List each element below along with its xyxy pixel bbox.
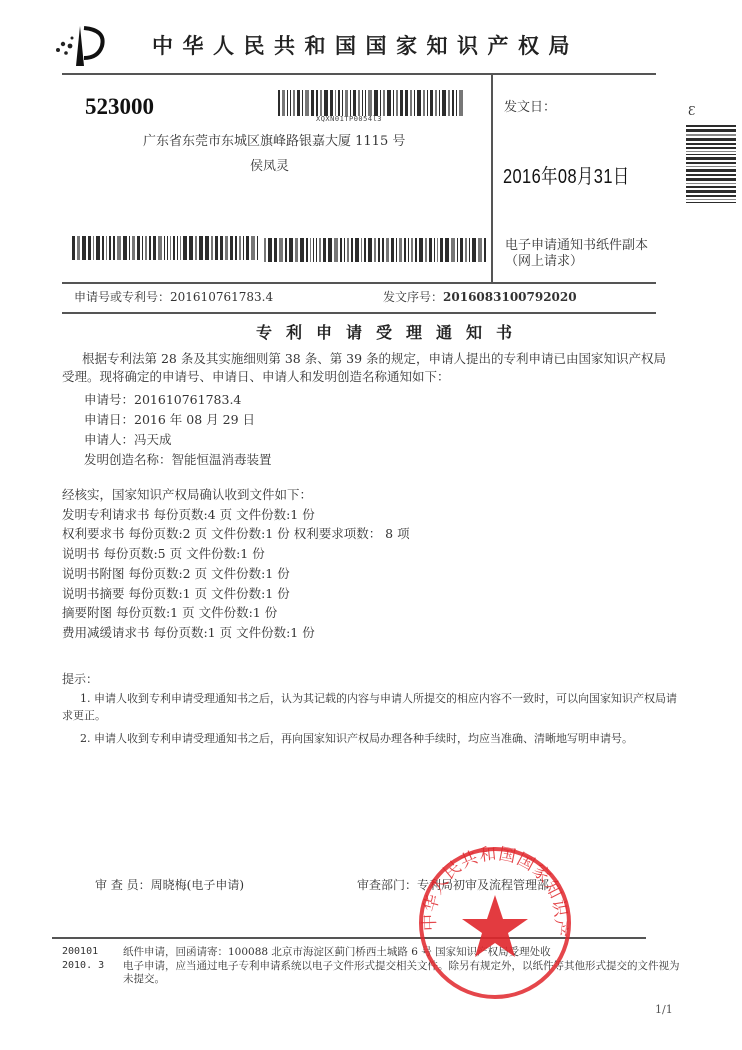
barcode-left bbox=[72, 236, 260, 260]
document-item: 摘要附图 每份页数:1 页 文件份数:1 份 bbox=[62, 603, 410, 623]
examiner-line: 审 查 员：周晓梅(电子申请) bbox=[95, 876, 244, 893]
recipient-name: 侯凤灵 bbox=[250, 155, 289, 174]
form-code: 200101 bbox=[62, 946, 98, 957]
serial-line: 发文序号：2016083100792020 bbox=[383, 288, 577, 305]
serial-number: 2016083100792020 bbox=[443, 290, 577, 304]
documents-heading: 经核实，国家知识产权局确认收到文件如下： bbox=[62, 485, 410, 505]
official-seal-icon: 中华人民共和国国家知识产权局 bbox=[415, 843, 575, 1003]
page-number: 1/1 bbox=[655, 1003, 673, 1016]
application-number-label: 申请号或专利号： bbox=[74, 290, 170, 304]
issue-date: 2016年08月31日 bbox=[503, 160, 630, 189]
document-item: 权利要求书 每份页数:2 页 文件份数:1 份 权利要求项数： 8 项 bbox=[62, 524, 410, 544]
document-item: 说明书摘要 每份页数:1 页 文件份数:1 份 bbox=[62, 584, 410, 604]
document-item: 说明书 每份页数:5 页 文件份数:1 份 bbox=[62, 544, 410, 564]
document-title: 专利申请受理通知书 bbox=[0, 320, 742, 343]
serial-label: 发文序号： bbox=[383, 290, 443, 304]
application-number-line: 申请号或专利号：201610761783.4 bbox=[74, 288, 273, 305]
form-version: 2010. 3 bbox=[62, 960, 104, 971]
field-applicant: 申请人：冯天成 bbox=[84, 430, 172, 448]
footer-paper-note: 纸件申请，回函请寄：100088 北京市海淀区蓟门桥西土城路 6 号 国家知识产… bbox=[123, 946, 683, 959]
postal-code: 523000 bbox=[85, 94, 154, 120]
side-barcode bbox=[686, 125, 736, 207]
document-item: 费用减缓请求书 每份页数:1 页 文件份数:1 份 bbox=[62, 623, 410, 643]
documents-list: 经核实，国家知识产权局确认收到文件如下： 发明专利请求书 每份页数:4 页 文件… bbox=[62, 485, 410, 643]
document-item: 说明书附图 每份页数:2 页 文件份数:1 份 bbox=[62, 564, 410, 584]
document-item: 发明专利请求书 每份页数:4 页 文件份数:1 份 bbox=[62, 505, 410, 525]
cnipa-logo-icon bbox=[54, 20, 110, 68]
intro-paragraph: 根据专利法第 28 条及其实施细则第 38 条、第 39 条的规定，申请人提出的… bbox=[62, 350, 677, 386]
footer-electronic-note: 电子申请，应当通过电子专利申请系统以电子文件形式提交相关文件。除另有规定外，以纸… bbox=[123, 960, 683, 986]
barcode-caption: XQXN01TP0054l3 bbox=[316, 115, 382, 123]
field-invention-title: 发明创造名称：智能恒温消毒装置 bbox=[84, 450, 272, 468]
ids-divider bbox=[62, 312, 656, 314]
mail-barcode bbox=[278, 90, 465, 116]
hints-heading: 提示： bbox=[62, 670, 98, 687]
box-bottom-divider bbox=[62, 282, 656, 284]
box-divider bbox=[491, 73, 493, 283]
organization-title: 中华人民共和国国家知识产权局 bbox=[152, 30, 579, 60]
hint-item: 2. 申请人收到专利申请受理通知书之后，再向国家知识产权局办理各种手续时，均应当… bbox=[62, 730, 682, 747]
field-application-number: 申请号：201610761783.4 bbox=[84, 390, 241, 408]
issue-date-label: 发文日： bbox=[504, 96, 556, 115]
header-divider bbox=[62, 73, 656, 75]
barcode-right bbox=[264, 238, 488, 262]
mailing-address: 广东省东莞市东城区旗峰路银嘉大厦 1115 号 bbox=[143, 130, 405, 149]
field-filing-date: 申请日：2016 年 08 月 29 日 bbox=[84, 410, 255, 428]
side-code: Ɛ bbox=[688, 104, 695, 118]
hint-item: 1. 申请人收到专利申请受理通知书之后，认为其记载的内容与申请人所提交的相应内容… bbox=[62, 690, 682, 724]
application-number: 201610761783.4 bbox=[170, 290, 273, 304]
copy-note: 电子申请通知书纸件副本（网上请求） bbox=[505, 238, 665, 270]
